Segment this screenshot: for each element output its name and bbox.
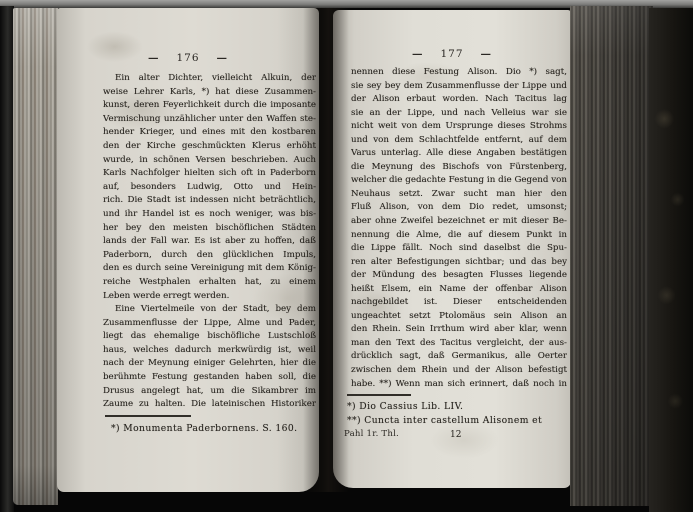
header-dash-right: —: [481, 48, 493, 60]
text-line: ren alter Befestigungen sichtbar; und da…: [351, 256, 567, 270]
text-line: Karls Nachfolger hielten sich oft in Pad…: [103, 167, 316, 181]
text-line: rich. Die Stadt ist indessen nicht beträ…: [103, 194, 316, 208]
text-line: Paderborn, durch den glücklichen Impuls,: [103, 249, 316, 263]
text-line: lands der Fall war. Es ist aber zu hoffe…: [103, 235, 316, 249]
text-line: nennen diese Festung Alison. Dio *) sagt…: [351, 66, 567, 80]
text-line: Zusammenflusse der Lippe, Alme und Pader…: [103, 317, 316, 331]
signature-mark: Pahl 1r. Thl.: [344, 429, 399, 439]
body-text-left: Ein alter Dichter, vielleicht Alkuin, de…: [103, 72, 316, 412]
text-line: Zaume zu halten. Die lateinischen Histor…: [103, 398, 316, 412]
header-dash-left: —: [148, 52, 160, 64]
text-line: die Lippe fällt. Noch sind daselbst die …: [351, 242, 567, 256]
text-line: wurde, in schönen Versen beschrieben. Au…: [103, 154, 316, 168]
text-line: berühmte Festung gestanden haben soll, d…: [103, 371, 316, 385]
running-head-right: — 177 —: [333, 48, 571, 60]
text-line: welcher die gedachte Festung in die Gege…: [351, 174, 567, 188]
text-line: aber ohne Zweifel bezeichnet er mit dies…: [351, 215, 567, 229]
text-line: kunst, deren Feyerlichkeit durch die imp…: [103, 99, 316, 113]
text-line: heißt Elsem, ein Name der offenbar Aliso…: [351, 283, 567, 297]
text-line: den es durch seine Vereinigung mit dem K…: [103, 262, 316, 276]
header-dash-left: —: [412, 48, 424, 60]
text-line: drücklich sagt, daß Germanikus, alle Oer…: [351, 350, 567, 364]
text-line: reiche Westphalen erhalten hat, zu einem…: [103, 276, 316, 290]
text-line: zwischen dem Rhein und der Alison befest…: [351, 364, 567, 378]
text-line: nachgebildet ist. Dieser entscheidenden …: [351, 296, 567, 310]
footnote-rule: [105, 415, 191, 417]
text-line: Varus unterlag. Alle diese Angaben bestä…: [351, 147, 567, 161]
text-line: habe. **) Wenn man sich erinnert, daß no…: [351, 378, 567, 392]
page-fore-edge-right: [570, 6, 653, 506]
sheet-number: 12: [450, 430, 461, 440]
text-line: haus, welches dadurch merkwürdig ist, we…: [103, 344, 316, 358]
text-line: sie an der Lippe, und nach Velleius war …: [351, 107, 567, 121]
text-line: *) Dio Cassius Lib. LIV.: [347, 400, 565, 414]
text-line: nennung die Alme, die auf diesem Punkt i…: [351, 229, 567, 243]
text-line: den der Kirche geschmückten Klerus erhöh…: [103, 140, 316, 154]
footnote-rule: [347, 394, 411, 396]
text-line: und von dem Schlachtfelde entfernt, auf …: [351, 134, 567, 148]
page-fore-edge-left: [13, 8, 58, 505]
text-line: nach der Meynung einiger Gelehrten, hier…: [103, 357, 316, 371]
text-line: und ihr Handel ist es noch weniger, was …: [103, 208, 316, 222]
book-cover-right-marbled: [649, 8, 693, 512]
text-line: ungeachtet setzt Ptolomäus sein Alison a…: [351, 310, 567, 324]
text-line: liegt das ehemalige bischöfliche Lustsch…: [103, 330, 316, 344]
page-number-176: 176: [176, 52, 199, 64]
page-number-177: 177: [440, 48, 463, 60]
text-line: auf, besonders Ludwig, Otto und Hein-: [103, 181, 316, 195]
text-line: hender Krieger, und eines mit den kostba…: [103, 126, 316, 140]
text-line: **) Cuncta inter castellum Alisonem et: [347, 414, 565, 428]
text-line: nicht weit von dem Ursprunge dieses Stro…: [351, 120, 567, 134]
text-line: Eine Viertelmeile von der Stadt, bey dem: [103, 303, 316, 317]
header-dash-right: —: [217, 52, 229, 64]
text-line: her bey den meisten bischöflichen Städte…: [103, 222, 316, 236]
text-line: Neuhaus setzt. Zwar sucht man hier den: [351, 188, 567, 202]
page-176: — 176 — Ein alter Dichter, vielleicht Al…: [57, 8, 319, 492]
text-line: Drusus angelegt hat, um die Sikambrer im: [103, 385, 316, 399]
book-photo: — 176 — Ein alter Dichter, vielleicht Al…: [0, 0, 693, 512]
book-cover-left-board: [0, 6, 14, 512]
text-line: Leben werde erregt werden.: [103, 290, 316, 304]
text-line: die Meynung des Bischofs von Fürstenberg…: [351, 161, 567, 175]
footnote-left: *) Monumenta Paderbornens. S. 160.: [111, 423, 316, 434]
text-line: weise Lehrer Karls, *) hat diese Zusamme…: [103, 86, 316, 100]
text-line: der Mündung des besagten Flusses liegend…: [351, 269, 567, 283]
footnotes-right: *) Dio Cassius Lib. LIV.**) Cuncta inter…: [347, 400, 565, 427]
page-177: — 177 — nennen diese Festung Alison. Dio…: [333, 10, 571, 488]
running-head-left: — 176 —: [57, 52, 319, 64]
text-line: Ein alter Dichter, vielleicht Alkuin, de…: [103, 72, 316, 86]
text-line: den Rhein. Sein Irrthum wird aber klar, …: [351, 323, 567, 337]
text-line: man den Text des Tacitus vergleicht, der…: [351, 337, 567, 351]
body-text-right: nennen diese Festung Alison. Dio *) sagt…: [351, 66, 567, 391]
text-line: Fluß Alison, von dem Dio redet, umsonst;: [351, 201, 567, 215]
text-line: Vermischung unzählicher unter den Waffen…: [103, 113, 316, 127]
text-line: sie sey bey dem Zusammenflusse der Lippe…: [351, 80, 567, 94]
text-line: der Alison erbaut worden. Nach Tacitus l…: [351, 93, 567, 107]
